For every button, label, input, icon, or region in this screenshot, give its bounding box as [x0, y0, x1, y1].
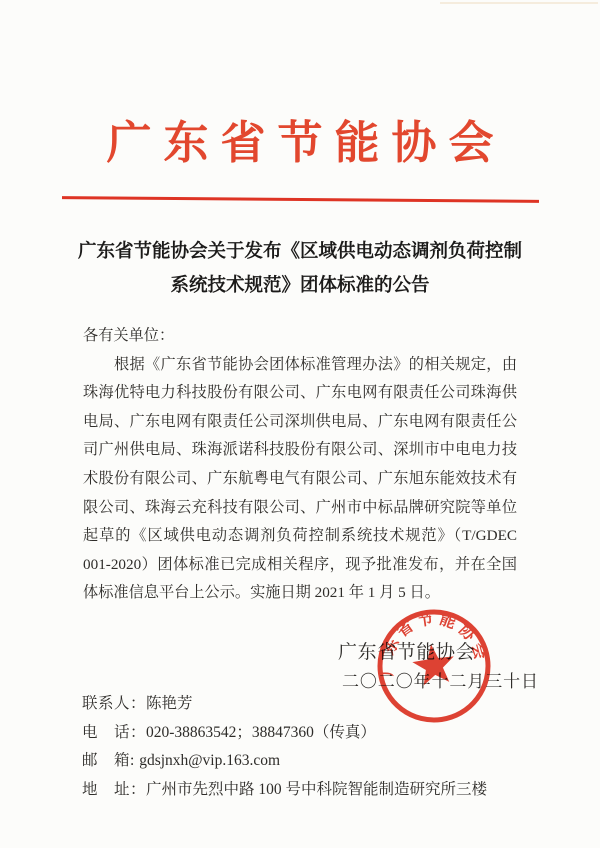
body-line: 司广州供电局、珠海派诺科技股份有限公司、深圳市中电电力技 [83, 436, 517, 465]
document-page: 广东省节能协会 广东省节能协会关于发布《区域供电动态调剂负荷控制 系统技术规范》… [0, 0, 600, 848]
contact-email-label: 邮 箱: [82, 752, 139, 769]
contact-email-row: 邮 箱: gdsjnxh@vip.163.com [82, 747, 552, 776]
body-line: 电局、广东电网有限责任公司深圳供电局、广东电网有限责任公 [83, 408, 517, 437]
contact-block: 联系人：陈艳芳 电 话：020-38863542；38847360（传真） 邮 … [82, 690, 552, 805]
contact-person-row: 联系人：陈艳芳 [82, 690, 552, 719]
announcement-title: 广东省节能协会关于发布《区域供电动态调剂负荷控制 系统技术规范》团体标准的公告 [60, 234, 540, 302]
scan-artifact-line [440, 2, 598, 4]
letterhead-title: 广东省节能协会 [0, 106, 600, 171]
body-line: 限公司、珠海云充科技有限公司、广州市中标品牌研究院等单位 [83, 494, 517, 523]
contact-address-label: 地 址： [82, 781, 146, 798]
contact-address-value: 广州市先烈中路 100 号中科院智能制造研究所三楼 [146, 781, 487, 798]
contact-person-value: 陈艳芳 [146, 695, 193, 712]
body-line: 001-2020）团体标准已完成相关程序，现予批准发布，并在全国团 [83, 551, 517, 580]
body-line: 术股份有限公司、广东航粤电气有限公司、广东旭东能效技术有 [83, 465, 517, 494]
red-divider-rule [62, 196, 539, 203]
contact-phone-label: 电 话： [82, 724, 146, 741]
body-line: 珠海优特电力科技股份有限公司、广东电网有限责任公司珠海供 [83, 379, 517, 408]
contact-address-row: 地 址：广州市先烈中路 100 号中科院智能制造研究所三楼 [82, 776, 552, 805]
salutation: 各有关单位： [83, 322, 517, 351]
contact-phone-row: 电 话：020-38863542；38847360（传真） [82, 719, 552, 748]
body-line: 根据《广东省节能协会团体标准管理办法》的相关规定，由 [83, 351, 517, 380]
announcement-title-line-1: 广东省节能协会关于发布《区域供电动态调剂负荷控制 [60, 234, 540, 268]
seal-star-icon [410, 641, 457, 686]
announcement-title-line-2: 系统技术规范》团体标准的公告 [60, 268, 540, 302]
contact-email-value: gdsjnxh@vip.163.com [139, 752, 280, 769]
contact-person-label: 联系人： [82, 695, 146, 712]
body-text: 各有关单位： 根据《广东省节能协会团体标准管理办法》的相关规定，由 珠海优特电力… [83, 322, 517, 608]
contact-phone-value: 020-38863542；38847360（传真） [146, 724, 376, 741]
body-line: 起草的《区域供电动态调剂负荷控制系统技术规范》（T/GDEC [83, 522, 517, 551]
